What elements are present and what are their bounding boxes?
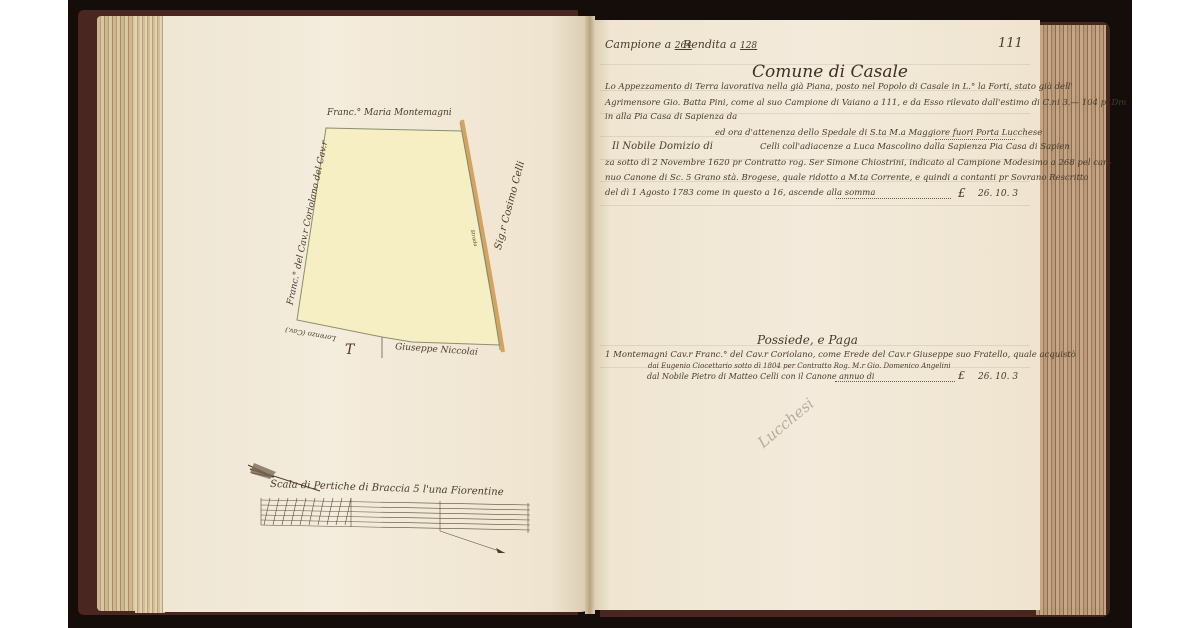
page-stack-left-inner: [135, 16, 165, 613]
page-stack-right: [1036, 25, 1106, 615]
entry-line-2: Agrimensore Gio. Batta Pini, come al suo…: [605, 98, 1126, 108]
possessor-line-2: dai Eugenio Ciocettario sotto dì 1804 pe…: [648, 362, 951, 370]
entry-line-4: za sotto dì 2 Novembre 1620 pr Contratto…: [605, 158, 1111, 168]
rendita-label: Rendita a: [683, 38, 736, 51]
entry-amount-symbol: £: [958, 186, 966, 200]
scale-bar: [240, 455, 530, 565]
plot-label-south-marker: T: [345, 342, 354, 358]
possessor-amount: 26. 10. 3: [978, 372, 1018, 382]
entry-line-3: in alla Pia Casa di Sapienza da: [605, 112, 737, 122]
entry-line-5: nuo Canone di Sc. 5 Grano stà. Brogese, …: [605, 173, 1088, 183]
right-page: [588, 20, 1040, 610]
section-title: Possiede, e Paga: [757, 333, 858, 347]
owner-line-cont: Celli coll'adiacenze a Luca Mascolino da…: [760, 142, 1070, 152]
possessor-line-1: 1 Montemagni Cav.r Franc.° del Cav.r Cor…: [605, 350, 1076, 360]
book-gutter: [585, 16, 595, 614]
campione-reference: Campione a 264: [605, 38, 692, 51]
campione-label: Campione a: [605, 38, 671, 51]
rendita-value: 128: [740, 41, 757, 51]
entry-line-1: Lo Appezzamento di Terra lavorativa nell…: [605, 82, 1073, 92]
folio-number: 111: [998, 36, 1023, 51]
possessor-amount-symbol: £: [958, 369, 965, 382]
rendita-reference: Rendita a 128: [683, 38, 757, 51]
owner-line: Il Nobile Domizio di: [612, 141, 713, 152]
plot-label-north: Franc.° Maria Montemagni: [327, 108, 452, 118]
entry-line-sub: ed ora d'attenenza dello Spedale di S.ta…: [715, 128, 1042, 138]
entry-amount: 26. 10. 3: [978, 189, 1018, 199]
possessor-line-3: dal Nobile Pietro di Matteo Celli con il…: [647, 372, 874, 381]
possessor-number: 1: [605, 350, 610, 360]
entry-line-6: del dì 1 Agosto 1783 come in questo a 16…: [605, 188, 875, 198]
page-title: Comune di Casale: [752, 62, 908, 82]
